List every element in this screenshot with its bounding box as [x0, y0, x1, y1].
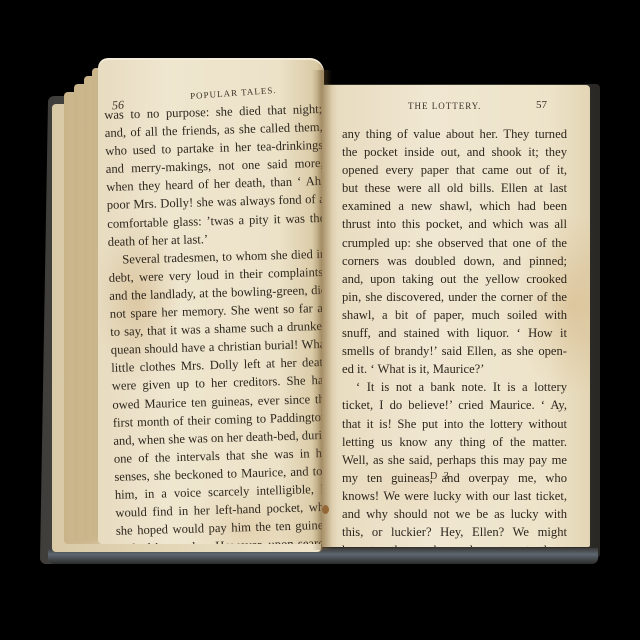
text-line: Well, as she said, perhaps this may pay … — [342, 451, 567, 469]
text-line: my ten guineas, and overpay me, who — [342, 469, 567, 487]
text-line: the pocket inside out, and shook it; the… — [342, 143, 567, 161]
running-header-left: POPULAR TALES. — [190, 85, 277, 101]
text-line: and, upon taking out the yellow crooked — [342, 270, 567, 288]
text-line: opened every paper that came out of it, — [342, 161, 567, 179]
text-line: corners was doubled down, and pinned; — [342, 252, 567, 270]
text-line: shawl, a bit of paper, much soiled with — [342, 306, 567, 324]
text-line: ed it. ‘ What is it, Maurice?’ — [342, 360, 567, 378]
text-line: thrust into this pocket, and which was a… — [342, 215, 567, 233]
left-page-text: was to no purpose: she died that night; … — [104, 100, 324, 544]
text-line: ticket, I do believe!’ cried Maurice. ‘ … — [342, 396, 567, 414]
right-page: THE LOTTERY. 57 any thing of value about… — [322, 85, 590, 547]
text-line: and why should not we be as lucky with — [342, 505, 567, 523]
text-line: have ten thousand pounds, or twenty thou… — [342, 541, 567, 547]
text-line: knows! We were lucky with our last ticke… — [342, 487, 567, 505]
right-page-text: any thing of value about her. They turne… — [342, 125, 567, 547]
text-line: smells of brandy!’ said Ellen, as she op… — [342, 342, 567, 360]
foxing-spot — [322, 505, 329, 514]
left-page: 56 POPULAR TALES. was to no purpose: she… — [98, 58, 324, 544]
text-line: that it is! She put into the lottery wit… — [342, 415, 567, 433]
text-line: this, or luckier? Hey, Ellen? We might — [342, 523, 567, 541]
text-line: ‘ It is not a bank note. It is a lottery — [342, 378, 567, 396]
text-line: crumpled up: she observed that one of th… — [342, 234, 567, 252]
text-line: snuff, and stained with liquor. ‘ How it — [342, 324, 567, 342]
text-line: letting us know any thing of the matter. — [342, 433, 567, 451]
text-line: any thing of value about her. They turne… — [342, 125, 567, 143]
running-header-right: THE LOTTERY. — [408, 101, 481, 111]
page-number-right: 57 — [536, 99, 547, 111]
signature-mark: D 3 — [430, 471, 451, 482]
text-line: but these were all old bills. Ellen at l… — [342, 179, 567, 197]
text-line: pin, she discovered, under the corner of… — [342, 288, 567, 306]
text-line: examined a new shawl, which had been — [342, 197, 567, 215]
book-photo: 56 POPULAR TALES. was to no purpose: she… — [0, 0, 640, 640]
